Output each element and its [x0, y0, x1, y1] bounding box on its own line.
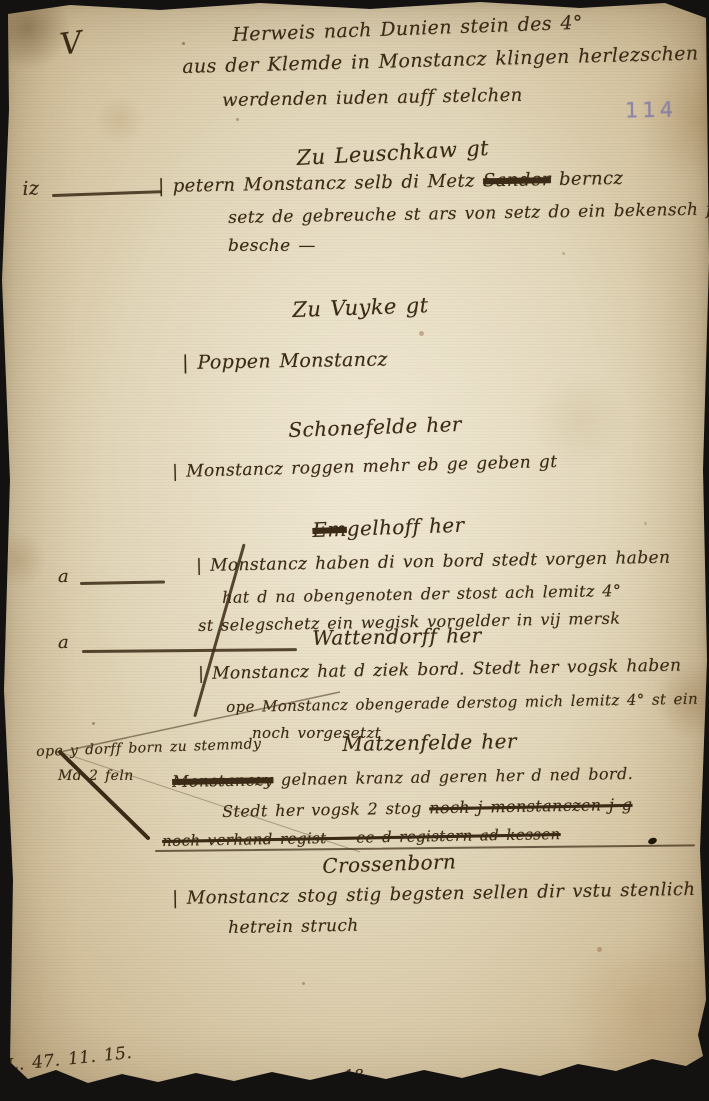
paper: V Herweis nach Dunien stein des 4° aus d…: [0, 0, 709, 1101]
section-heading: Zu Vuyke gt: [292, 293, 429, 322]
page-number: 18.: [344, 1066, 369, 1084]
struck-text: noch j monstanczen j g: [429, 795, 633, 818]
struck-text: Sander: [483, 169, 551, 191]
paper-speckles: [0, 0, 3, 3]
struck-text: Monstanczy: [172, 770, 274, 791]
manuscript-line: besche —: [228, 236, 316, 256]
section-heading: Crossenborn: [322, 849, 457, 878]
folio-stamp: 114: [625, 98, 678, 123]
margin-tick: iz: [22, 177, 40, 200]
line-text: Stedt her vogsk 2 stog: [222, 798, 429, 821]
heading-text: gelhoff her: [346, 513, 465, 541]
manuscript-line: | Poppen Monstancz: [182, 348, 388, 374]
margin-check-mark: V: [58, 25, 85, 63]
section-heading: Wattendorff her: [312, 623, 482, 650]
margin-tick: a: [58, 566, 69, 587]
margin-tick: a: [58, 632, 69, 653]
struck-text: Em: [312, 517, 347, 542]
manuscript-line: hetrein struch: [228, 916, 359, 938]
line-text: berncz: [551, 168, 624, 190]
